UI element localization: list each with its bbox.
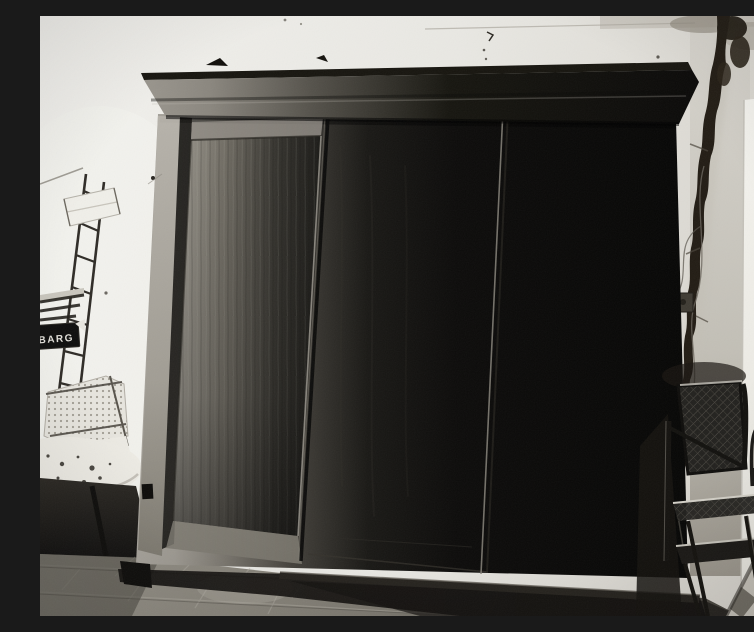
photo-canvas: BARG xyxy=(40,16,754,616)
film-grain xyxy=(40,16,754,616)
bw-photograph-wardrobe-scene: BARG xyxy=(40,16,754,616)
